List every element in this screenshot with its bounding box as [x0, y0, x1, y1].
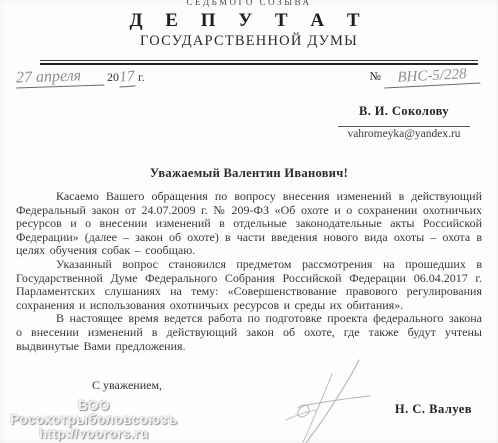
date-group: 27 апреля 2017 г. [16, 68, 145, 87]
addressee-divider [338, 126, 470, 127]
deputy-title: Д Е П У Т А Т [0, 10, 498, 32]
letterhead: СЕДЬМОГО СОЗЫВА Д Е П У Т А Т ГОСУДАРСТВ… [0, 0, 498, 50]
letter-body: Касаемо Вашего обращения по вопросу внес… [16, 190, 482, 353]
handwritten-number: ВНС-5/228 [384, 66, 481, 89]
state-duma-subtitle: ГОСУДАРСТВЕННОЙ ДУМЫ [0, 33, 498, 50]
signer-name: Н. С. Валуев [395, 402, 472, 417]
salutation: Уважаемый Валентин Иванович! [0, 166, 498, 181]
addressee-email: vahromeyka@yandex.ru [338, 128, 470, 140]
letter-page: СЕДЬМОГО СОЗЫВА Д Е П У Т А Т ГОСУДАРСТВ… [0, 0, 498, 443]
handwritten-year: 17 [118, 68, 135, 87]
body-paragraph-1: Касаемо Вашего обращения по вопросу внес… [16, 190, 482, 258]
body-paragraph-2: Указанный вопрос становился предметом ра… [16, 258, 482, 312]
letterhead-divider [40, 60, 478, 65]
handwritten-date: 27 апреля [16, 66, 105, 88]
reference-row: 27 апреля 2017 г. № ВНС-5/228 [0, 66, 498, 94]
watermark-url: http://voorors.ru [4, 427, 184, 441]
signature-scribble [262, 356, 377, 443]
number-label: № [370, 69, 381, 83]
watermark: ВОО Росохотрыболовсоюзъ http://voorors.r… [4, 399, 184, 441]
body-paragraph-3: В настоящее время ведется работа по подг… [16, 312, 482, 353]
year-suffix: г. [138, 70, 145, 84]
number-group: № ВНС-5/228 [370, 68, 480, 86]
watermark-org: ВОО Росохотрыболовсоюзъ [4, 399, 184, 427]
addressee-name: В. И. Соколову [338, 104, 470, 119]
addressee-block: В. И. Соколову vahromeyka@yandex.ru [338, 104, 470, 140]
convocation-line: СЕДЬМОГО СОЗЫВА [0, 0, 498, 7]
year-prefix: 20 [107, 70, 119, 84]
valediction: С уважением, [92, 378, 162, 393]
